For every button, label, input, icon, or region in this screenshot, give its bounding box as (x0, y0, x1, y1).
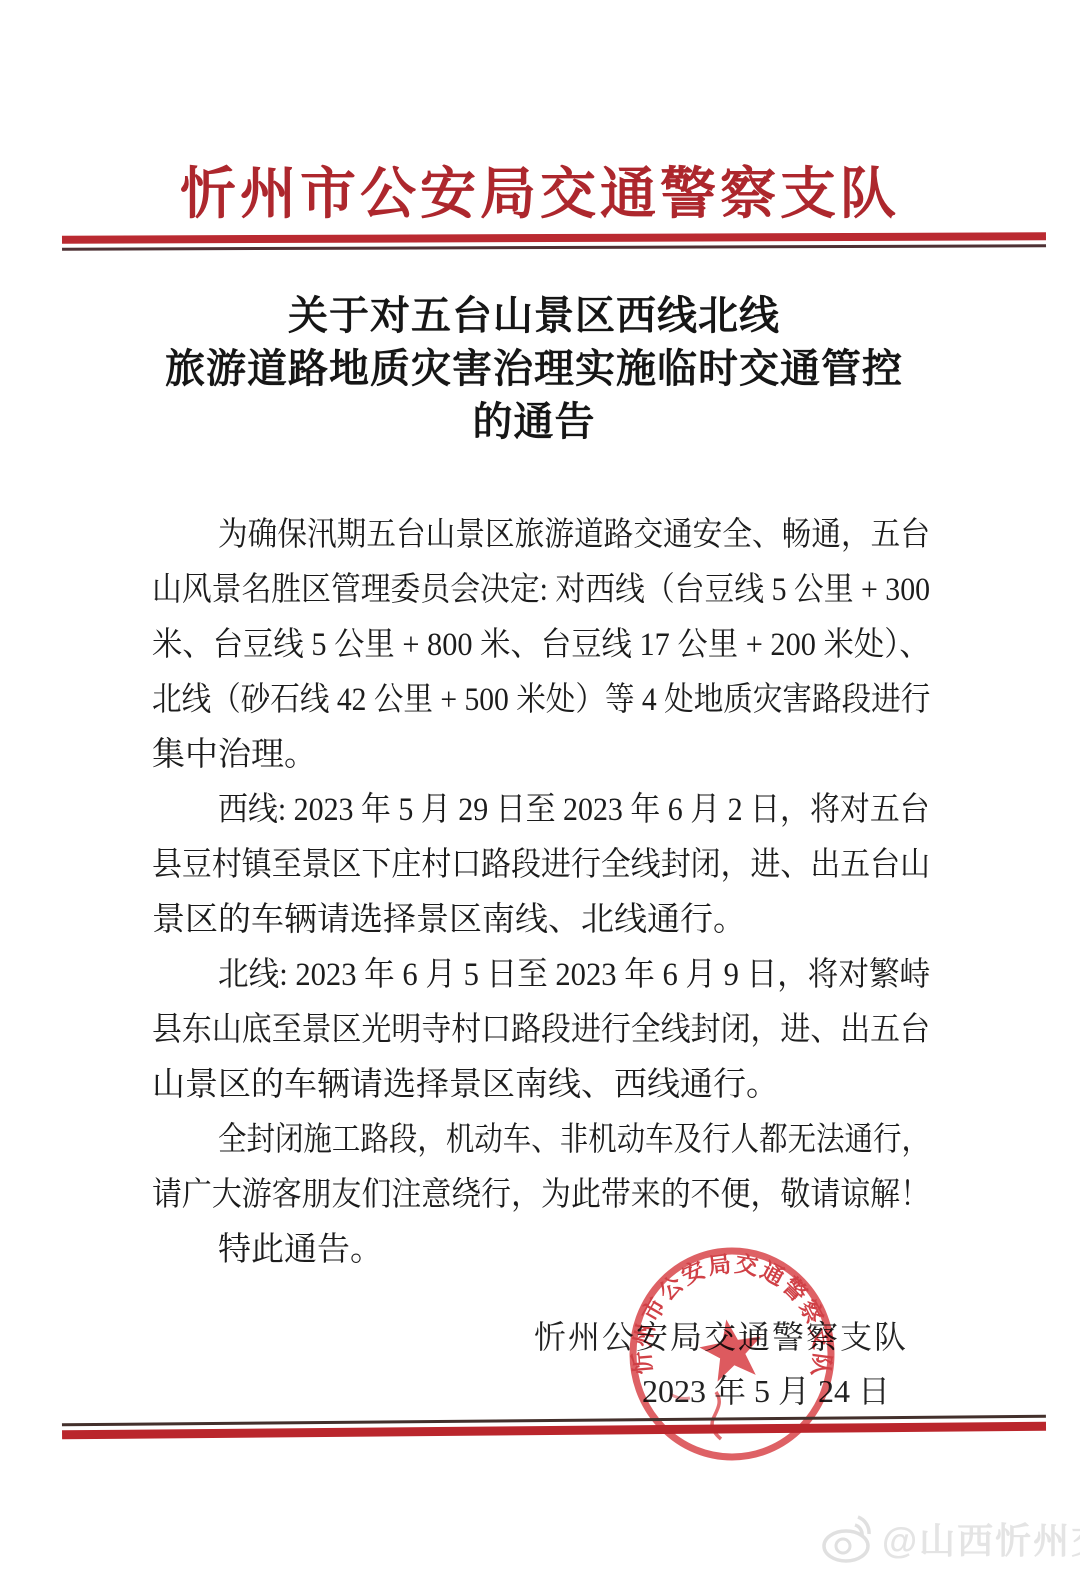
seal-star (695, 1314, 767, 1384)
body-line: 景区的车辆请选择景区南线、北线通行。 (152, 893, 930, 948)
body-line-text: 请广大游客朋友们注意绕行，为此带来的不便，敬请谅解！ (152, 1168, 930, 1223)
body-line: 为确保汛期五台山景区旅游道路交通安全、畅通，五台 (152, 508, 930, 563)
body-line-text: 北线: 2023 年 6 月 5 日至 2023 年 6 月 9 日，将对繁峙 (218, 948, 930, 1003)
body-line-text: 全封闭施工路段，机动车、非机动车及行人都无法通行， (218, 1113, 930, 1168)
body-line-text: 特此通告。 (218, 1223, 383, 1278)
body-line: 县豆村镇至景区下庄村口路段进行全线封闭，进、出五台山 (152, 838, 930, 893)
scanned-notice-page: 忻州市公安局交通警察支队 关于对五台山景区西线北线 旅游道路地质灾害治理实施临时… (0, 0, 1080, 1575)
body-line: 县东山底至景区光明寺村口路段进行全线封闭，进、出五台 (152, 1003, 930, 1058)
body-line-text: 县东山底至景区光明寺村口路段进行全线封闭，进、出五台 (152, 1003, 930, 1058)
body-line-text: 西线: 2023 年 5 月 29 日至 2023 年 6 月 2 日，将对五台 (218, 783, 930, 838)
watermark-text: @山西忻州交警 (882, 1513, 1080, 1564)
body-line-text: 为确保汛期五台山景区旅游道路交通安全、畅通，五台 (218, 508, 930, 563)
watermark: @山西忻州交警 (820, 1512, 1080, 1564)
footer-rule (62, 1415, 1046, 1440)
notice-title-line-2: 旅游道路地质灾害治理实施临时交通管控 (0, 342, 1068, 395)
body-line-text: 集中治理。 (152, 728, 317, 783)
notice-title: 关于对五台山景区西线北线 旅游道路地质灾害治理实施临时交通管控 的通告 (0, 289, 1068, 448)
body-line-text: 县豆村镇至景区下庄村口路段进行全线封闭，进、出五台山 (152, 838, 930, 893)
notice-title-line-1: 关于对五台山景区西线北线 (0, 289, 1068, 342)
body-line-text: 景区的车辆请选择景区南线、北线通行。 (152, 893, 746, 948)
body-line-text: 山风景名胜区管理委员会决定: 对西线（台豆线 5 公里 + 300 (152, 563, 930, 618)
body-line: 山景区的车辆请选择景区南线、西线通行。 (152, 1058, 930, 1113)
body-line: 北线: 2023 年 6 月 5 日至 2023 年 6 月 9 日，将对繁峙 (152, 948, 930, 1003)
body-line-text: 山景区的车辆请选择景区南线、西线通行。 (152, 1058, 779, 1113)
body-line: 全封闭施工路段，机动车、非机动车及行人都无法通行， (152, 1113, 930, 1168)
body-line-text: 北线（砂石线 42 公里 + 500 米处）等 4 处地质灾害路段进行 (152, 673, 930, 728)
body-line: 西线: 2023 年 5 月 29 日至 2023 年 6 月 2 日，将对五台 (152, 783, 930, 838)
notice-title-line-3: 的通告 (0, 395, 1068, 448)
seal-lower-mark-2 (670, 1394, 690, 1399)
body-line: 山风景名胜区管理委员会决定: 对西线（台豆线 5 公里 + 300 (152, 563, 930, 618)
body-line: 请广大游客朋友们注意绕行，为此带来的不便，敬请谅解！ (152, 1168, 930, 1223)
body-line-text: 米、台豆线 5 公里 + 800 米、台豆线 17 公里 + 200 米处）、 (152, 618, 930, 673)
notice-body: 为确保汛期五台山景区旅游道路交通安全、畅通，五台山风景名胜区管理委员会决定: 对… (152, 508, 930, 1278)
letterhead-title: 忻州市公安局交通警察支队 (0, 150, 1080, 230)
body-line: 米、台豆线 5 公里 + 800 米、台豆线 17 公里 + 200 米处）、 (152, 618, 930, 673)
weibo-icon (820, 1512, 876, 1564)
body-line: 北线（砂石线 42 公里 + 500 米处）等 4 处地质灾害路段进行 (152, 673, 930, 728)
body-line: 集中治理。 (152, 728, 930, 783)
header-rule (62, 232, 1046, 250)
